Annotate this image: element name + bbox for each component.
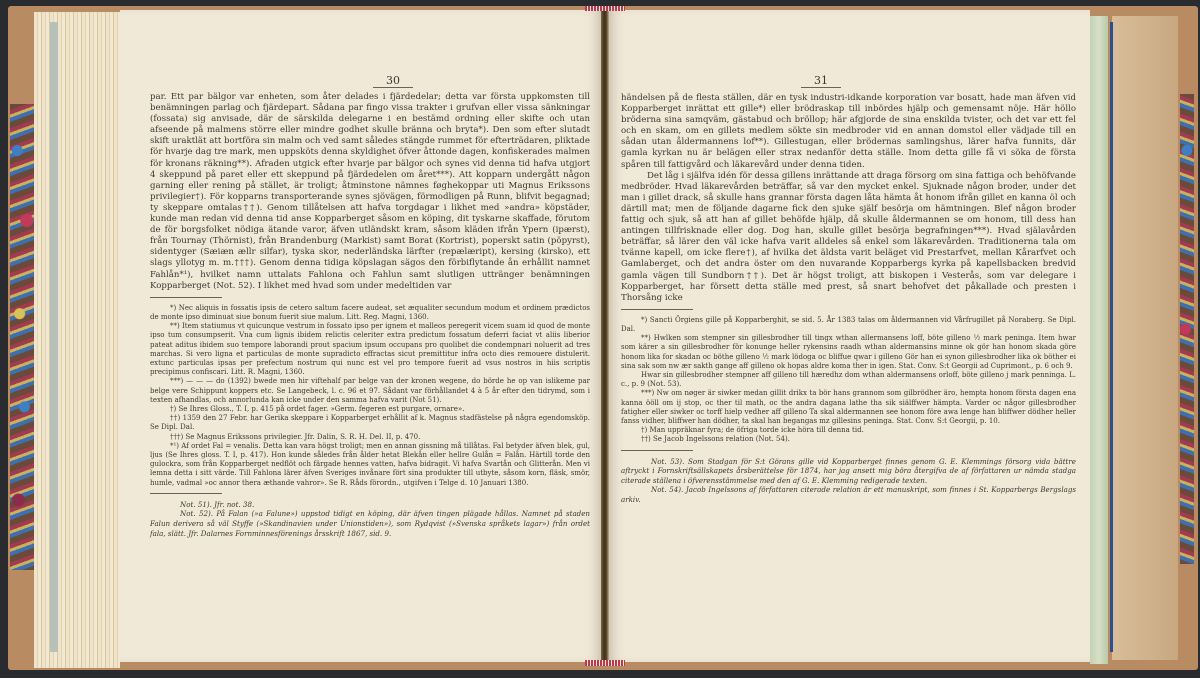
right-page-text: händelsen på de flesta ställen, där en t… bbox=[621, 93, 1076, 505]
footnote: †††) Se Magnus Erikssons privilegier. Jf… bbox=[150, 433, 590, 442]
footnote: *) Sancti Örgiens gille på Kopparberghit… bbox=[621, 316, 1076, 334]
page-stack-left bbox=[34, 12, 120, 668]
marbled-endpaper-right bbox=[1180, 94, 1194, 564]
left-page-text: par. Ett par bälgor var enheten, som åte… bbox=[150, 92, 590, 538]
editor-note: Not. 54). Jacob Ingelssons af författare… bbox=[621, 485, 1076, 504]
footnote-rule bbox=[621, 309, 693, 310]
footnote: ††) Se Jacob Ingelssons relation (Not. 5… bbox=[621, 435, 1076, 444]
body-paragraph: Det låg i själfva idén för dessa gillens… bbox=[621, 171, 1076, 304]
editor-note: Not. 53). Som Stadgan för S:t Görans gil… bbox=[621, 457, 1076, 486]
inner-cover-right bbox=[1112, 16, 1178, 660]
right-page: 31 händelsen på de flesta ställen, där e… bbox=[608, 10, 1090, 662]
editor-notes: Not. 53). Som Stadgan för S:t Görans gil… bbox=[621, 457, 1076, 505]
footnote: *¹) Af ordet Fal = venalis. Detta kan va… bbox=[150, 442, 590, 488]
body-paragraph: händelsen på de flesta ställen, där en t… bbox=[621, 93, 1076, 171]
headband-top bbox=[585, 6, 625, 11]
footnote: *) Nec aliquis in fossatis ipsis de cete… bbox=[150, 304, 590, 322]
editor-note: Not. 52). På Falan (»a Falune») uppstod … bbox=[150, 509, 590, 538]
blue-endpaper-edge bbox=[1110, 22, 1113, 652]
notes-rule bbox=[150, 493, 222, 494]
footnote: †) Se Ihres Gloss., T. I, p. 415 på orde… bbox=[150, 405, 590, 414]
footnote: Hwar sin gillesbrodher stempner aff gill… bbox=[621, 371, 1076, 389]
headband-bottom bbox=[585, 660, 625, 666]
page-number: 31 bbox=[801, 74, 841, 88]
notes-rule bbox=[621, 450, 693, 451]
page-number: 30 bbox=[373, 74, 413, 88]
editor-note: Not. 51). Jfr. not. 38. bbox=[150, 500, 590, 510]
book-gutter bbox=[601, 8, 609, 664]
footnote: ***) Nw om nøger är siwker medan gillit … bbox=[621, 389, 1076, 426]
left-page: 30 par. Ett par bälgor var enheten, som … bbox=[120, 10, 602, 662]
footnote-rule bbox=[150, 297, 222, 298]
footnote: **) Item statiumus vt quicunque vestrum … bbox=[150, 322, 590, 377]
footnote: **) Hwlken som stempner sin gillesbrodhe… bbox=[621, 334, 1076, 371]
footnotes: *) Sancti Örgiens gille på Kopparberghit… bbox=[621, 316, 1076, 445]
body-paragraph: par. Ett par bälgor var enheten, som åte… bbox=[150, 92, 590, 292]
footnote: ***) — — — do (1392) bwede men hir vifte… bbox=[150, 377, 590, 405]
marbled-endpaper-left bbox=[10, 104, 34, 570]
footnotes: *) Nec aliquis in fossatis ipsis de cete… bbox=[150, 304, 590, 488]
footnote: ††) 1359 den 27 Febr. har Gerika skeppar… bbox=[150, 414, 590, 432]
page-stack-right bbox=[1090, 16, 1108, 664]
editor-notes: Not. 51). Jfr. not. 38. Not. 52). På Fal… bbox=[150, 500, 590, 538]
footnote: †) Man uppräknar fyra; de öfriga torde i… bbox=[621, 426, 1076, 435]
